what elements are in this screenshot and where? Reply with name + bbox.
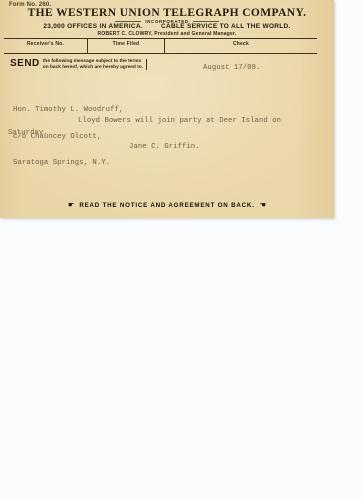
send-terms-line2: on back hereof, which are hereby agreed … xyxy=(43,65,143,70)
send-label: SEND xyxy=(10,59,40,69)
offices-line: 23,000 OFFICES IN AMERICA. CABLE SERVICE… xyxy=(0,23,334,30)
send-terms-line1: the following message subject to the ter… xyxy=(43,59,141,64)
recipient-city-line: Saratoga Springs, N.Y. xyxy=(13,159,123,168)
recipient-name-line: Hon. Timothy L. Woodruff, xyxy=(13,106,123,115)
incorporated-rule-left xyxy=(115,21,141,22)
check-column-header: Check xyxy=(164,39,317,53)
company-title: THE WESTERN UNION TELEGRAPH COMPANY. xyxy=(0,7,334,19)
message-body-line2: Saturday. xyxy=(8,129,48,137)
time-filed-column-header: Time Filed xyxy=(87,39,164,53)
telegram-form: Form No. 260. THE WESTERN UNION TELEGRAP… xyxy=(0,0,334,218)
offices-count-label: 23,000 OFFICES IN AMERICA. xyxy=(43,23,143,30)
sender-signature: Jane C. Griffin. xyxy=(129,143,200,151)
right-pointing-hand-icon: ☛ xyxy=(68,202,74,209)
send-clause-block: SEND the following message subject to th… xyxy=(10,59,147,70)
header-table: Receiver's No. Time Filed Check xyxy=(4,38,317,54)
footer-notice: ☛ READ THE NOTICE AND AGREEMENT ON BACK.… xyxy=(0,202,334,209)
receivers-no-column-header: Receiver's No. xyxy=(4,39,87,53)
left-pointing-hand-icon: ☚ xyxy=(260,202,266,209)
footer-notice-text: READ THE NOTICE AND AGREEMENT ON BACK. xyxy=(79,202,254,209)
send-terms-text: the following message subject to the ter… xyxy=(43,59,147,70)
typed-date: August 17/09. xyxy=(203,64,260,72)
message-body-line1: Lloyd Bowers will join party at Deer Isl… xyxy=(78,117,281,125)
scan-background: { "paper": { "form_number": "Form No. 26… xyxy=(0,0,363,500)
cable-service-label: CABLE SERVICE TO ALL THE WORLD. xyxy=(161,23,291,30)
manager-line: ROBERT C. CLOWRY, President and General … xyxy=(0,31,334,37)
incorporated-rule-right xyxy=(193,21,219,22)
